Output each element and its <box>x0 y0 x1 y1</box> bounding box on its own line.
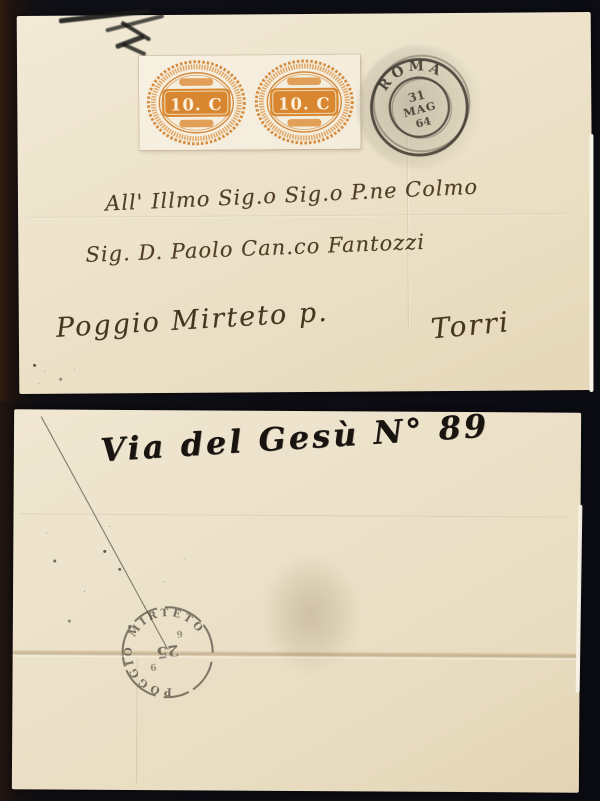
address-line-2: Sig. D. Paolo Can.co Fantozzi <box>85 230 425 267</box>
roma-postmark: ROMA 31 MAG 64 <box>351 39 487 175</box>
letter-front: 10. C <box>17 12 594 394</box>
stamp-value-text: 10. C <box>277 94 330 113</box>
front-cover-panel: 10. C <box>0 0 600 401</box>
ink-specks <box>33 364 36 367</box>
ink-specks <box>103 550 106 553</box>
fold-line <box>13 649 580 660</box>
letter-back: Via del Gesù N° 89 POGGIO MIRTETO 25 9 <box>12 409 581 792</box>
address-line-1: All' Illmo Sig.o Sig.o P.ne Colmo <box>105 175 479 216</box>
stamp-value-text: 10. C <box>169 95 222 114</box>
philatelic-cover-photos: 10. C <box>0 0 600 801</box>
stamp-pair-sheet: 10. C <box>139 55 361 151</box>
postage-due-stamp: 10. C <box>250 56 357 149</box>
postmark-extra-digit: 9 <box>149 661 156 672</box>
postmark-year: 64 <box>414 113 433 130</box>
roma-postmark-graphic: ROMA 31 MAG 64 <box>351 39 487 175</box>
destination-town: Poggio Mirteto p. <box>55 297 329 344</box>
paper-crease <box>20 513 568 517</box>
postage-due-stamp: 10. C <box>142 56 249 149</box>
street-annotation: Via del Gesù N° 89 <box>99 407 490 470</box>
stamp-value-tablet: 10. C <box>270 88 338 116</box>
destination-locality: Torri <box>429 305 511 345</box>
paper-flap-edge <box>576 505 583 693</box>
stamp-value-tablet: 10. C <box>162 89 230 117</box>
postmark-extra-digit: 6 <box>176 627 183 638</box>
paper-flap-edge <box>589 134 593 392</box>
ink-scribble <box>121 42 146 56</box>
back-cover-panel: Via del Gesù N° 89 POGGIO MIRTETO 25 9 <box>0 401 600 801</box>
